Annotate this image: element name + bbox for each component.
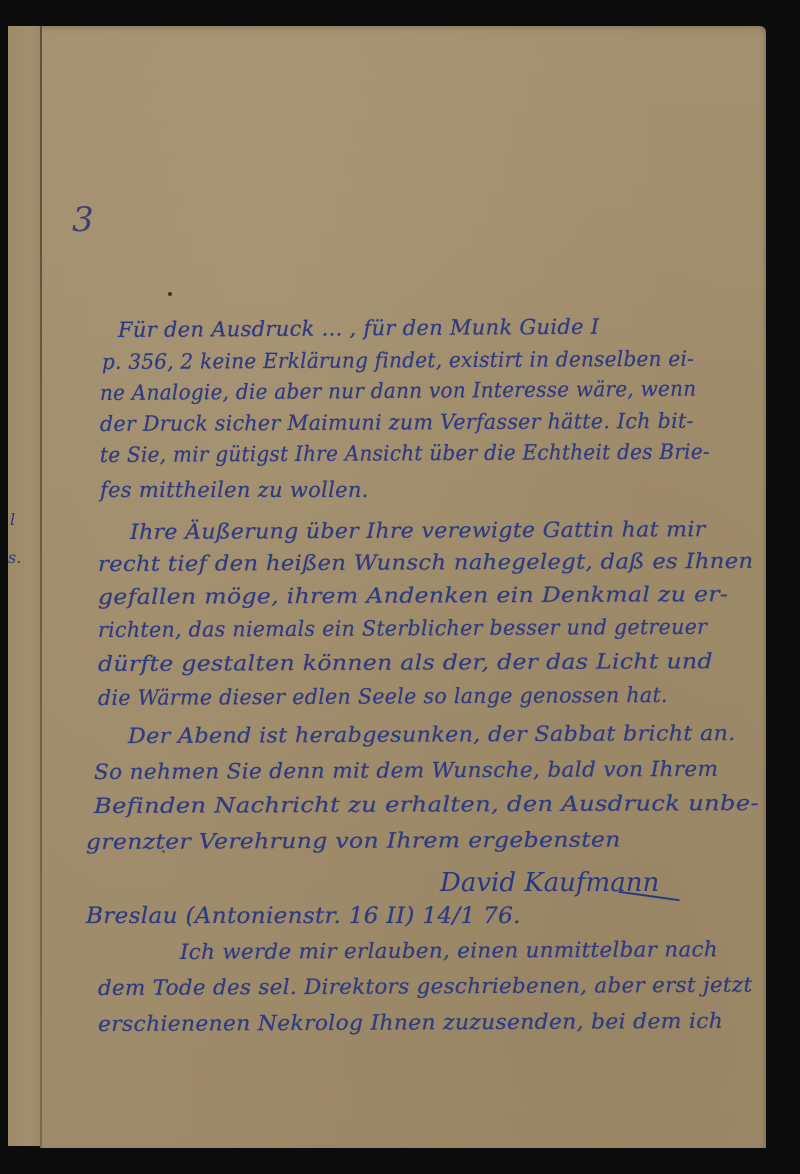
letter-line: p. 356, 2 keine Erklärung findet, existi…: [102, 347, 694, 374]
letter-line: Ihre Äußerung über Ihre verewigte Gattin…: [130, 517, 706, 544]
page-number: 3: [72, 200, 94, 240]
letter-line: dürfte gestalten können als der, der das…: [98, 649, 713, 676]
letter-line: te Sie, mir gütigst Ihre Ansicht über di…: [100, 440, 710, 467]
letter-line: richten, das niemals ein Sterblicher bes…: [98, 615, 707, 642]
letter-line: fes mittheilen zu wollen.: [100, 478, 369, 502]
letter-line: die Wärme dieser edlen Seele so lange ge…: [98, 683, 668, 710]
postscript-line: dem Tode des sel. Direktors geschriebene…: [98, 973, 752, 1000]
letter-line: der Druck sicher Maimuni zum Verfasser h…: [100, 409, 694, 436]
letter-line: ne Analogie, die aber nur dann von Inter…: [100, 377, 697, 405]
letter-line: recht tief den heißen Wunsch nahegelegt,…: [98, 549, 753, 576]
margin-mark-2: s.: [8, 548, 21, 567]
ink-spot: [168, 292, 172, 296]
postscript-line: erschienenen Nekrolog Ihnen zuzusenden, …: [98, 1009, 723, 1036]
letter-line: Befinden Nachricht zu erhalten, den Ausd…: [94, 791, 759, 818]
postscript-line: Ich werde mir erlauben, einen unmittelba…: [180, 937, 718, 964]
letter-line: Für den Ausdruck ... , für den Munk Guid…: [118, 315, 600, 342]
letter-line: grenzter Verehrung von Ihrem ergebensten: [86, 828, 621, 854]
letter-line: So nehmen Sie denn mit dem Wunsche, bald…: [94, 757, 718, 784]
letter-line: Der Abend ist herabgesunken, der Sabbat …: [128, 721, 736, 748]
margin-mark-1: l: [10, 510, 15, 529]
place-date: Breslau (Antonienstr. 16 II) 14/1 76.: [86, 904, 521, 929]
letter-line: gefallen möge, ihrem Andenken ein Denkma…: [98, 582, 728, 609]
